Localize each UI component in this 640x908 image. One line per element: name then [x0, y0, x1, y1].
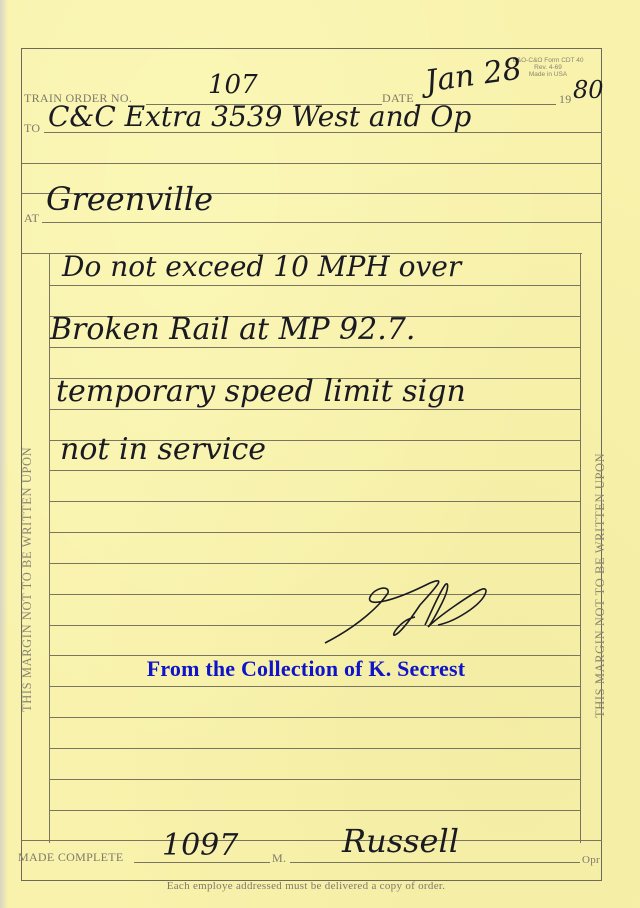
made-complete-label: MADE COMPLETE [18, 850, 124, 865]
order-line-4: not in service [60, 432, 266, 467]
opr-label: Opr [582, 854, 600, 866]
order-line-2: Broken Rail at MP 92.7. [50, 312, 415, 347]
footer-note: Each employe addressed must be delivered… [0, 880, 612, 892]
ruled-line [50, 501, 580, 502]
at-label: AT [24, 211, 39, 226]
ruled-line [50, 779, 580, 780]
year-suffix-value: 80 [573, 76, 604, 104]
ruled-line [50, 470, 580, 471]
operator-line [290, 862, 580, 863]
page-edge-shadow [0, 0, 8, 908]
ruled-line [50, 285, 580, 286]
operator-signature: Russell [342, 822, 459, 860]
train-order-no-value: 107 [208, 70, 258, 100]
ruled-line [50, 810, 580, 811]
ruled-line [50, 409, 580, 410]
ruled-line [50, 594, 580, 595]
ruled-line [22, 840, 602, 841]
right-margin-rule [580, 253, 581, 843]
ruled-line [22, 163, 602, 164]
to-label: TO [24, 121, 40, 136]
ruled-line [50, 625, 580, 626]
ruled-line [50, 686, 580, 687]
ruled-line [50, 748, 580, 749]
ruled-line [50, 717, 580, 718]
at-value: Greenville [46, 180, 213, 218]
initials-signature [320, 575, 500, 647]
m-label: M. [272, 851, 286, 866]
ruled-line [50, 347, 580, 348]
collection-watermark: From the Collection of K. Secrest [0, 656, 612, 682]
to-value: C&C Extra 3539 West and Op [48, 100, 471, 133]
ruled-line [50, 532, 580, 533]
at-line [42, 222, 602, 223]
order-line-3: temporary speed limit sign [56, 374, 466, 409]
order-line-1: Do not exceed 10 MPH over [62, 250, 461, 283]
made-complete-time: 1097 [162, 828, 238, 863]
year-prefix-label: 19 [559, 92, 572, 107]
ruled-line [50, 563, 580, 564]
train-order-form: B&O-C&O Form CDT 40 Rev. 4-69 Made in US… [0, 0, 640, 908]
